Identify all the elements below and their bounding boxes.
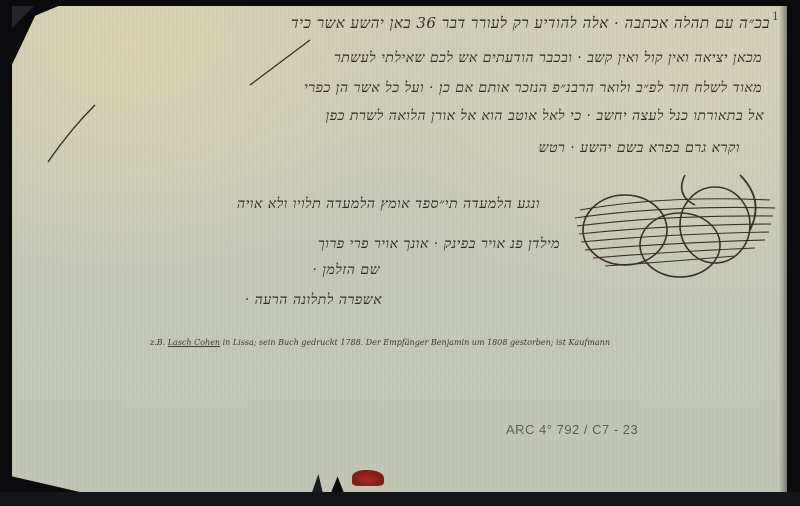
shelfmark: ARC 4° 792 / C7 - 23 [506,422,638,437]
scan-bottom-border [0,492,800,506]
red-seal-remnant [352,470,384,486]
folio-number: 1 [772,10,779,23]
letter-line-8: שם הזלמן · [312,262,380,279]
archival-note-body: ; sein Buch gedruckt 1788. Der Empfänger… [254,338,610,347]
archival-note-place: in Lissa [223,338,254,347]
archival-note: z.B. Lasch Cohen in Lissa; sein Buch ged… [150,338,610,347]
paper-edge-shadow [779,6,787,496]
folded-corner [12,6,34,28]
archival-note-name: Lasch Cohen [168,338,220,347]
archival-note-prefix: z.B. [150,338,165,347]
letter-line-3: מאוד לשלח חזר לפ״ב ולואר הרבנ״פ הנזכר או… [304,80,762,97]
letter-line-2: מכאן יציאה ואין קול ואין קשב · ובכבר הוד… [334,50,762,67]
manuscript-scan: 1 בכ״ה עם תהלה אכתבה · אלה להודיע רק לעו… [0,0,800,506]
letter-line-6: ונגע הלמעדה תי״ספד אומץ הלמעדה תלויו ולא… [237,196,540,213]
letter-line-5: וקרא גרם בפרא בשם יהשע · רטש [539,140,740,157]
letter-line-4: אל בתאורתו כנל לעצה יחשב · כי לאל אוטב ה… [326,108,764,125]
letter-line-1: בכ״ה עם תהלה אכתבה · אלה להודיע רק לעורר… [291,14,770,33]
letter-signature-line: אשפרה לתלונה הרעה · [245,292,382,309]
crossed-out-scribble [565,170,780,285]
letter-line-7: מילדן פנ אויר בפינק · אונך אויר פרי פרוך [318,236,560,253]
